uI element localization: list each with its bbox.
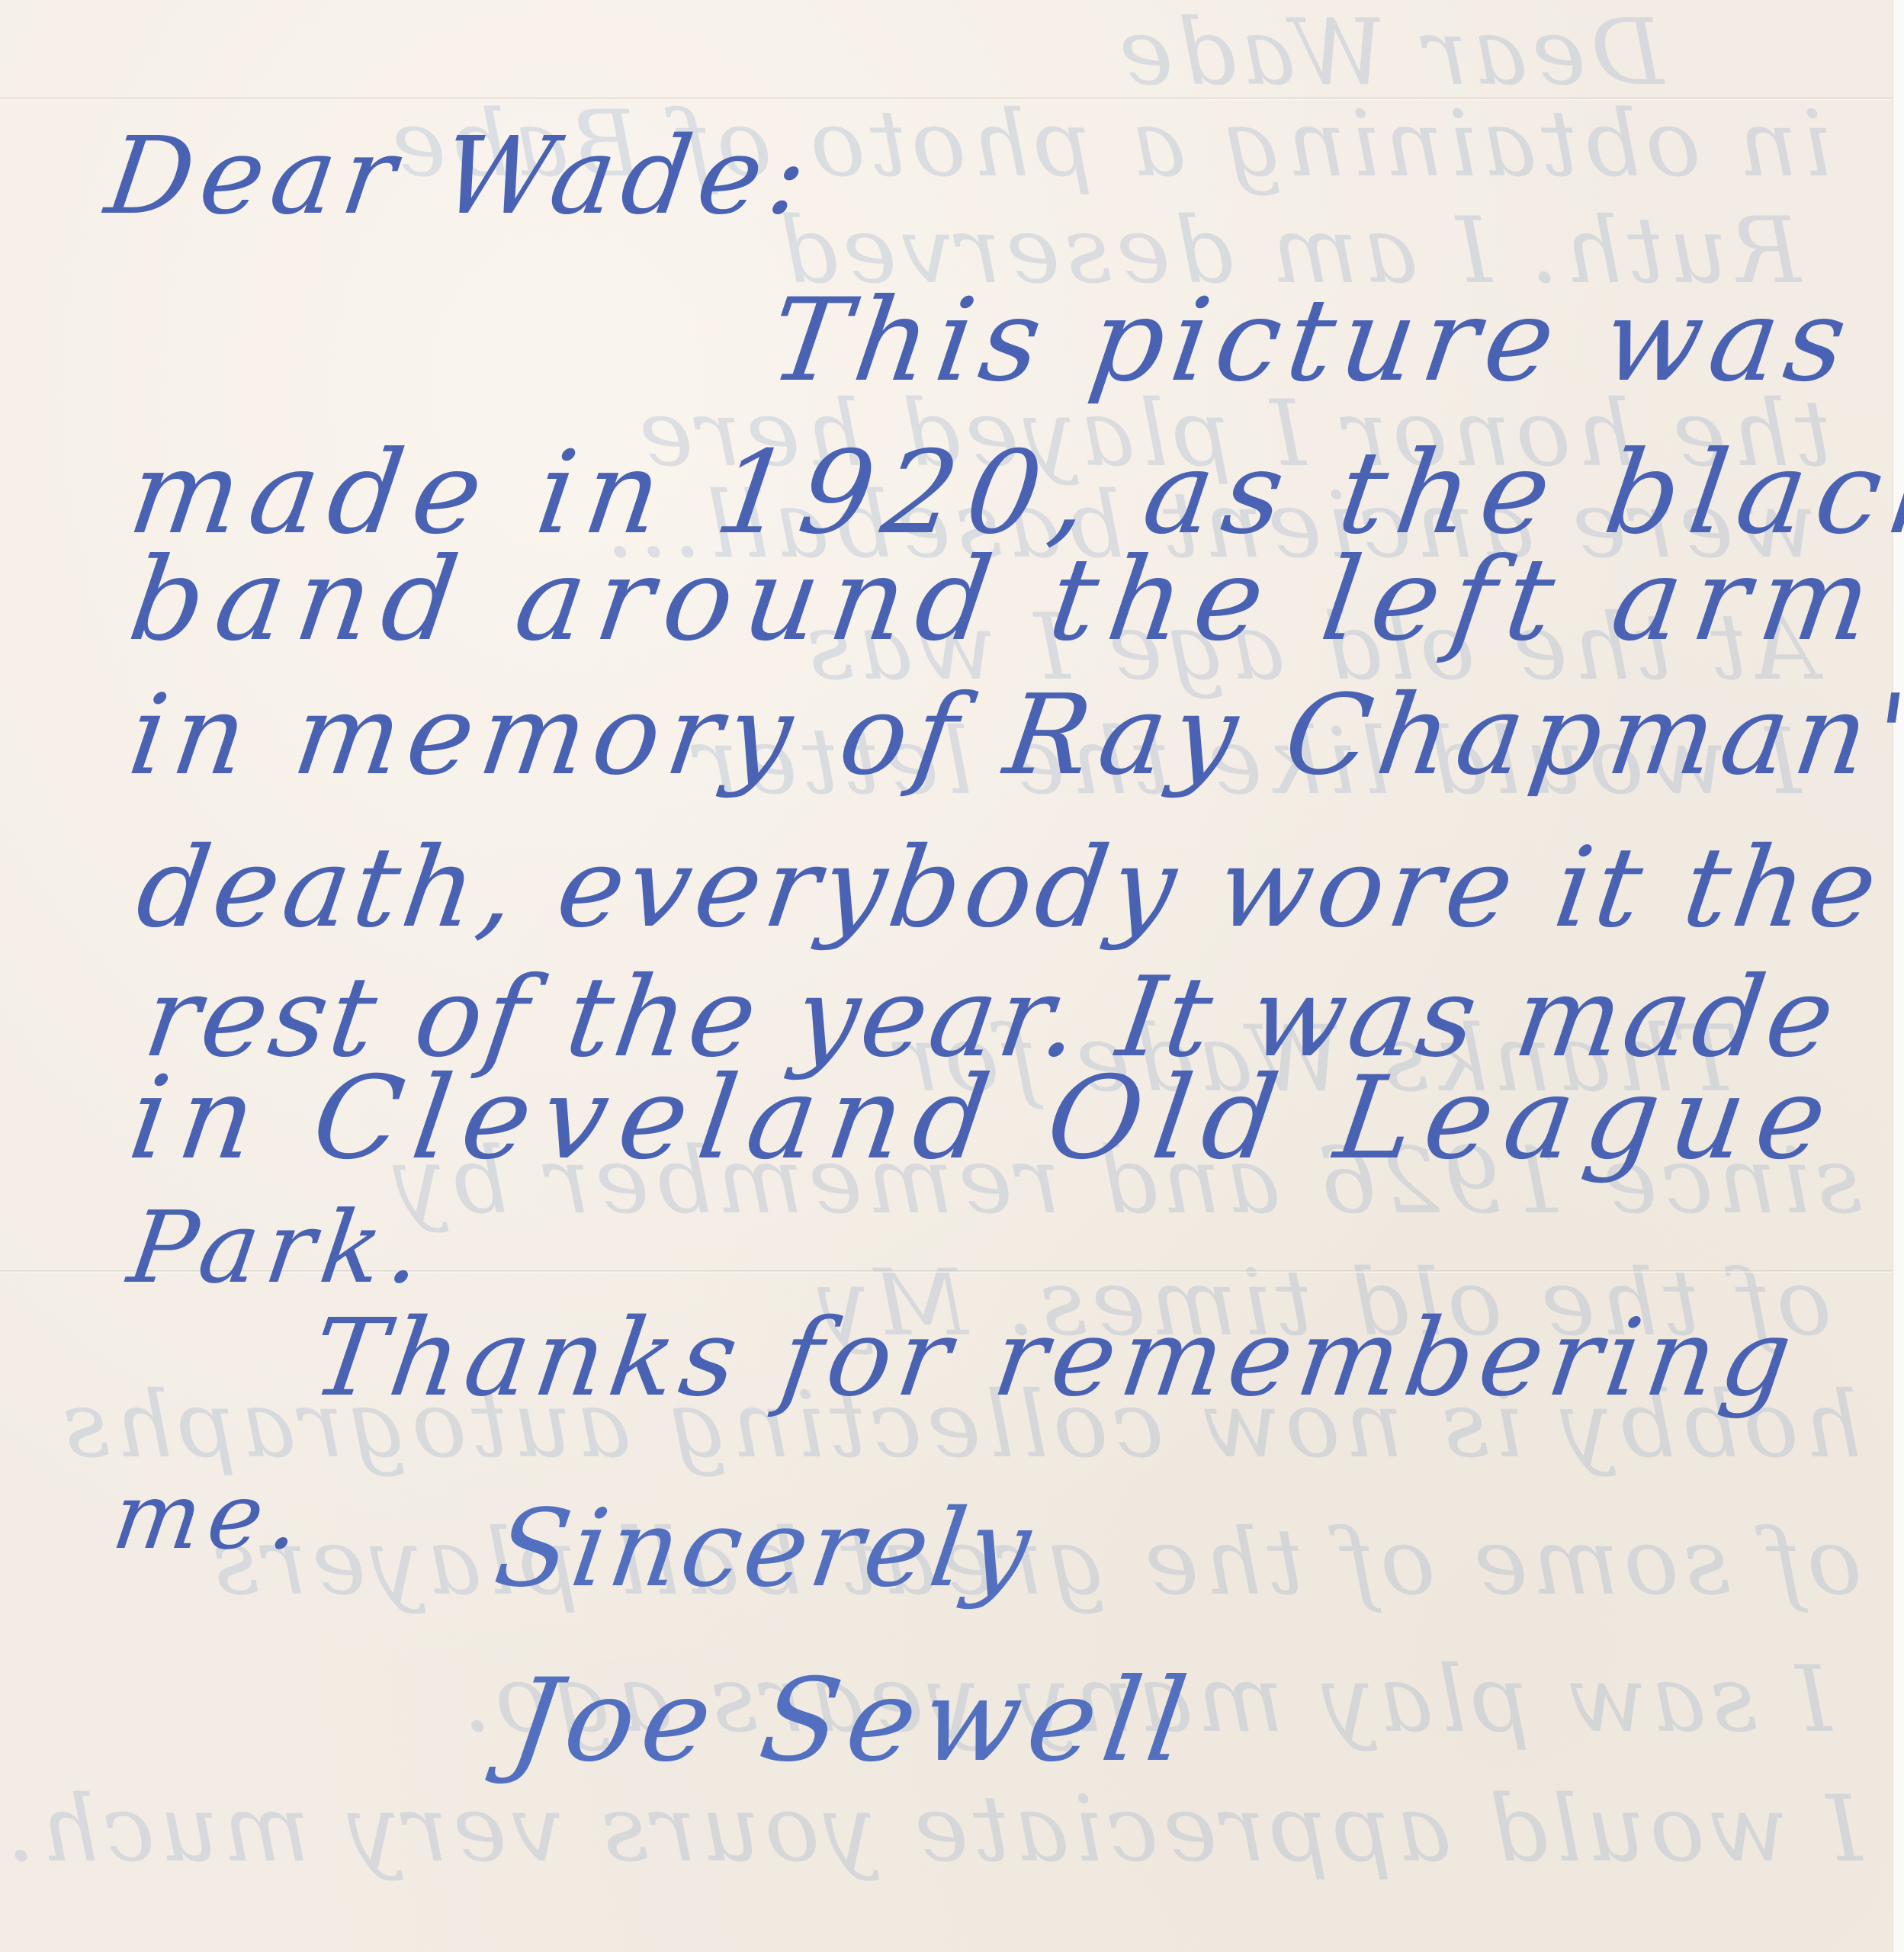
body-line: in memory of Ray Chapman's xyxy=(122,671,1904,800)
signature: Joe Sewell xyxy=(503,1655,1202,1787)
body-line: band around the left arm xyxy=(122,534,1891,666)
salutation: Dear Wade: xyxy=(99,114,822,239)
body-line: This picture was xyxy=(763,274,1862,407)
closing-line: me. xyxy=(107,1464,314,1570)
body-line: Park. xyxy=(122,1189,437,1305)
paper-edge xyxy=(1893,0,1904,1952)
body-line: death, everybody wore it the xyxy=(130,823,1889,952)
fold-line xyxy=(0,98,1893,100)
closing-line: Thanks for remembering xyxy=(305,1296,1805,1421)
signoff: Sincerely xyxy=(488,1487,1041,1611)
body-line: in Cleveland Old League xyxy=(122,1052,1846,1185)
